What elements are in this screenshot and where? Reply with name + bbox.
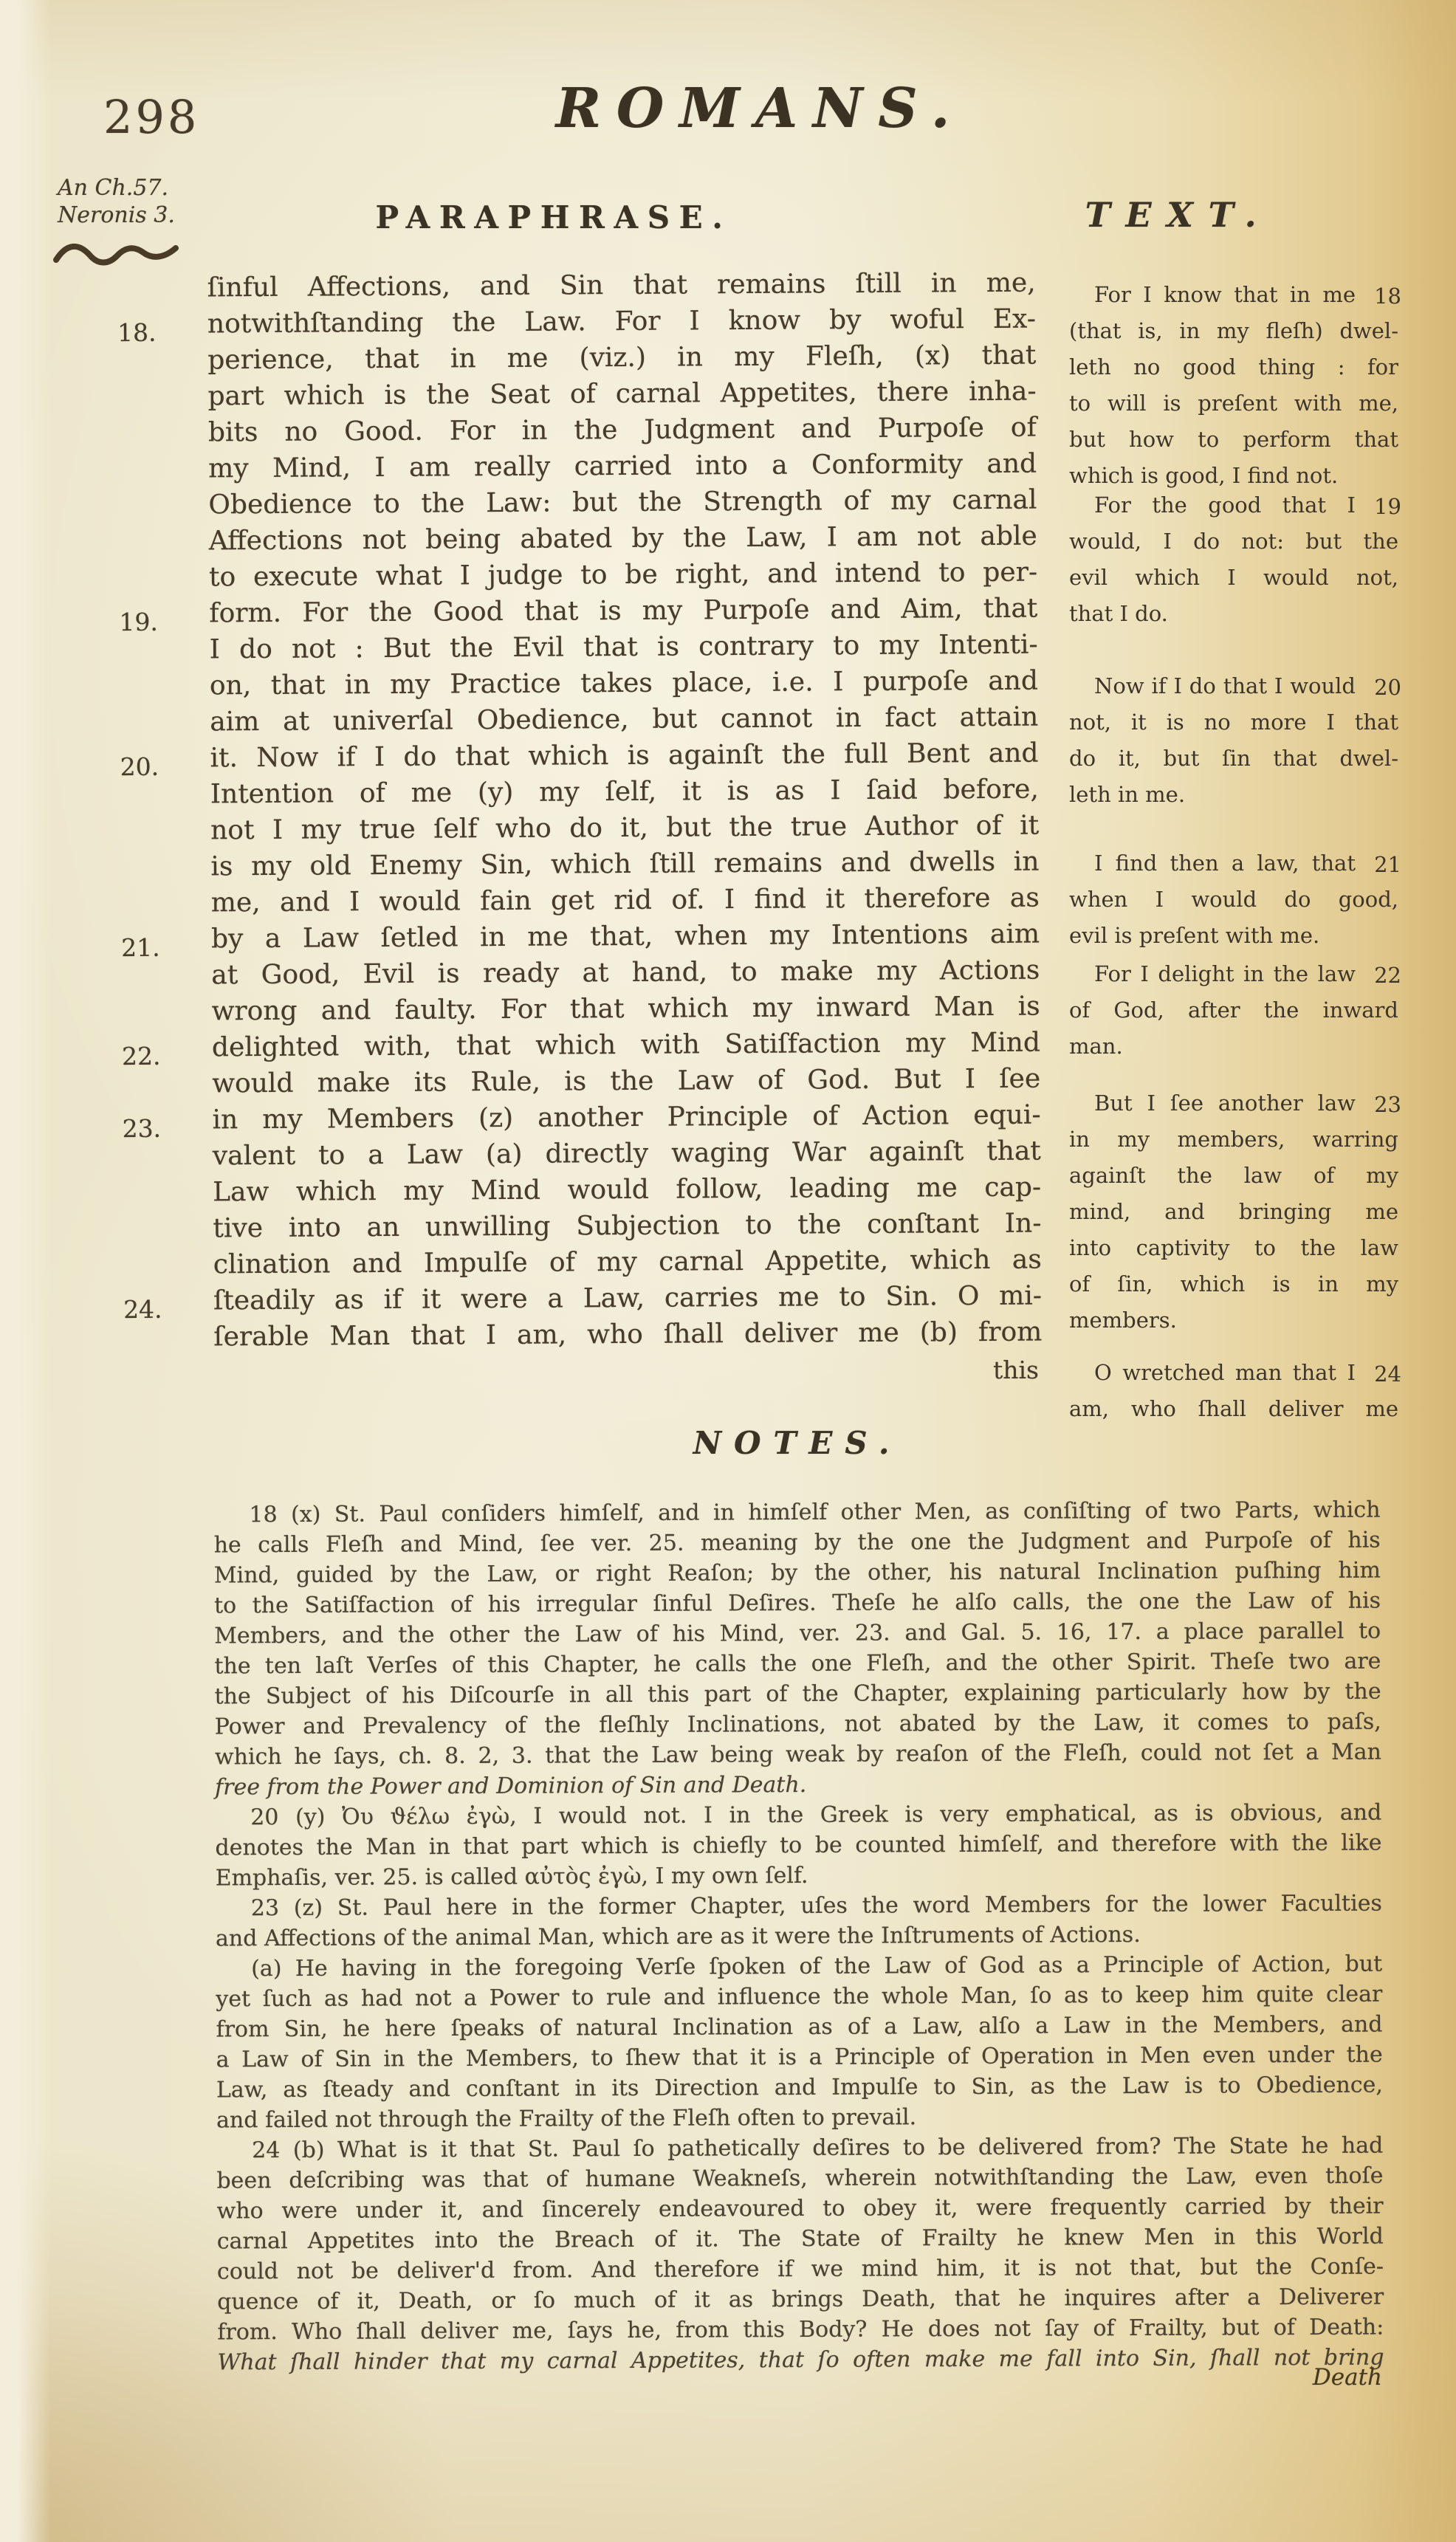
note-line: Emphaſis, ver. 25. is called αὐτὸς ἐγὼ, … — [216, 1858, 1382, 1894]
verse-number: 19 — [1374, 489, 1401, 525]
verse-number: 21 — [1374, 847, 1401, 883]
note-line: he calls Fleſh and Mind, ſee ver. 25. me… — [214, 1525, 1381, 1561]
note-line: free from the Power and Dominion of Sin … — [215, 1768, 1381, 1803]
verse-number: 18 — [1374, 278, 1401, 315]
scripture-line: (that is, in my fleſh) dwel- — [1069, 313, 1398, 349]
paraphrase-line: Intention of me (y) my ſelf, it is as I … — [210, 772, 1039, 813]
scripture-line: members. — [1069, 1302, 1398, 1339]
scripture-line: leth no good thing : for — [1069, 349, 1398, 385]
note-line: been deſcribing was that of humane Weakn… — [216, 2161, 1383, 2196]
scripture-line: would, I do not: but the — [1069, 523, 1398, 560]
paraphrase-line: by a Law ſetled in me that, when my Inte… — [211, 916, 1040, 958]
scripture-line: O wretched man that I24 — [1069, 1355, 1398, 1391]
scripture-paragraph: I find then a law, that21when I would do… — [1069, 845, 1398, 954]
paraphrase-line: form. For the Good that is my Purpoſe an… — [209, 591, 1037, 632]
note-line: could not be deliver'd from. And therefo… — [217, 2252, 1384, 2287]
paraphrase-heading: PARAPHRASE. — [210, 199, 897, 236]
note-line: Power and Prevalency of the fleſhly Incl… — [215, 1707, 1381, 1742]
notes-catchword: Death — [216, 2364, 1382, 2391]
paraphrase-line: perience, that in me (viz.) in my Fleſh,… — [207, 337, 1036, 379]
scripture-line: evil which I would not, — [1069, 560, 1398, 596]
flourish-icon — [52, 238, 181, 272]
verse-number: 22. — [122, 1038, 187, 1075]
notes-section: 18 (x) St. Paul conſiders himſelf, and i… — [213, 1495, 1384, 2378]
scripture-paragraph: Now if I do that I would20not, it is no … — [1069, 668, 1398, 813]
text-heading: TEXT. — [1034, 195, 1323, 235]
note-line: 20 (y) Ὀυ ϑέλω ἐγὼ, I would not. I in th… — [215, 1798, 1381, 1833]
paraphrase-line: bits no Good. For in the Judgment and Pu… — [208, 410, 1037, 451]
note-line: carnal Appetites into the Breach of it. … — [217, 2222, 1384, 2257]
note-line: yet ſuch as had not a Power to rule and … — [216, 1979, 1382, 2015]
paraphrase-line: wrong and faulty. For that which my inwa… — [212, 989, 1040, 1030]
notes-heading: NOTES. — [210, 1425, 1384, 1461]
scripture-line: againſt the law of my — [1069, 1158, 1398, 1194]
paraphrase-line: would make its Rule, is the Law of God. … — [212, 1061, 1040, 1102]
paraphrase-line: valent to a Law (a) directly waging War … — [213, 1133, 1041, 1175]
paraphrase-line: aim at univerſal Obedience, but cannot i… — [210, 699, 1038, 741]
paraphrase-line: part which is the Seat of carnal Appetit… — [207, 374, 1036, 415]
scripture-line: do it, but ſin that dwel- — [1069, 741, 1398, 777]
paraphrase-line: to execute what I judge to be right, and… — [209, 554, 1037, 596]
margin-note-line-1: An Ch.57. — [58, 174, 213, 202]
paraphrase-line: Obedience to the Law: but the Strength o… — [208, 482, 1037, 523]
paraphrase-line: Law which my Mind would follow, leading … — [213, 1169, 1041, 1211]
scripture-line: but how to perform that — [1069, 422, 1398, 458]
verse-number: 24 — [1374, 1356, 1401, 1392]
scripture-line: man. — [1069, 1028, 1398, 1065]
paraphrase-line: on, that in my Practice takes place, i.e… — [210, 663, 1038, 704]
scripture-line: of God, after the inward — [1069, 992, 1398, 1028]
note-line: to the Satiſfaction of his irregular ſin… — [214, 1586, 1381, 1621]
scripture-line: But I ſee another law23 — [1069, 1085, 1398, 1121]
verse-number: 23. — [122, 1110, 187, 1147]
note-line: Members, and the other the Law of his Mi… — [214, 1616, 1381, 1652]
scripture-paragraph: For the good that I19would, I do not: bu… — [1069, 487, 1398, 632]
scripture-line: into captivity to the law — [1069, 1230, 1398, 1266]
paraphrase-catchword: this — [210, 1356, 1039, 1384]
paraphrase-line: in my Members (z) another Principle of A… — [212, 1097, 1040, 1138]
note-line: the Subject of his Diſcourſe in all this… — [214, 1677, 1381, 1712]
paraphrase-line: not I my true ſelf who do it, but the tr… — [210, 808, 1039, 849]
note-line: Mind, guided by the Law, or right Reaſon… — [214, 1556, 1381, 1591]
scripture-line: For I delight in the law22 — [1069, 956, 1398, 992]
scripture-line: of ſin, which is in my — [1069, 1266, 1398, 1302]
note-line: which he ſays, ch. 8. 2, 3. that the Law… — [215, 1737, 1381, 1773]
paraphrase-line: me, and I would fain get rid of. I find … — [211, 880, 1040, 921]
scripture-line: in my members, warring — [1069, 1121, 1398, 1158]
paraphrase-line: tive into an unwilling Subjection to the… — [213, 1206, 1041, 1247]
note-line: who were under it, and ſincerely endeavo… — [217, 2191, 1384, 2227]
verse-number: 18. — [117, 315, 182, 351]
running-title: ROMANS. — [413, 77, 1108, 140]
paraphrase-line: ſerable Man that I am, who ſhall deliver… — [213, 1314, 1042, 1356]
page-number: 298 — [103, 90, 199, 144]
scripture-line: Now if I do that I would20 — [1069, 668, 1398, 704]
verse-number: 20. — [120, 749, 185, 786]
scripture-line: evil is preſent with me. — [1069, 918, 1398, 954]
scripture-line: For I know that in me18 — [1069, 277, 1398, 313]
scripture-line: not, it is no more I that — [1069, 704, 1398, 741]
paraphrase-line: delighted with, that which with Satiſfac… — [212, 1025, 1040, 1066]
verse-number: 20 — [1374, 670, 1401, 706]
paraphrase-line: ſinful Affections, and Sin that remains … — [207, 265, 1036, 306]
scripture-line: that I do. — [1069, 596, 1398, 632]
paraphrase-line: my Mind, I am really carried into a Conf… — [208, 446, 1037, 487]
note-line: and failed not through the Frailty of th… — [216, 2100, 1383, 2136]
scripture-line: am, who ſhall deliver me — [1069, 1391, 1398, 1427]
scripture-line: when I would do good, — [1069, 882, 1398, 918]
paraphrase-line: Affections not being abated by the Law, … — [209, 518, 1037, 560]
verse-number: 19. — [119, 604, 184, 641]
note-line: the ten laſt Verſes of this Chapter, he … — [214, 1646, 1381, 1682]
margin-date-note: An Ch.57. Neronis 3. — [58, 174, 213, 229]
note-line: 23 (z) St. Paul here in the former Chapt… — [216, 1889, 1382, 1924]
note-line: from. Who ſhall deliver me, ſays he, fro… — [217, 2312, 1384, 2348]
scripture-paragraph: But I ſee another law23in my members, wa… — [1069, 1085, 1398, 1339]
note-line: quence of it, Death, or ſo much of it as… — [217, 2282, 1384, 2318]
scripture-line: mind, and bringing me — [1069, 1194, 1398, 1230]
verse-number: 24. — [123, 1291, 188, 1328]
paraphrase-line: is my old Enemy Sin, which ſtill remains… — [210, 844, 1039, 885]
note-line: a Law of Sin in the Members, to ſhew tha… — [216, 2040, 1383, 2075]
margin-note-line-2: Neronis 3. — [58, 202, 213, 229]
paraphrase-line: I do not : But the Evil that is contrary… — [210, 627, 1038, 668]
book-page: 298 ROMANS. An Ch.57. Neronis 3. PARAPHR… — [0, 0, 1456, 2542]
note-line: (a) He having in the foregoing Verſe ſpo… — [216, 1949, 1382, 1985]
scripture-paragraph: For I know that in me18(that is, in my f… — [1069, 277, 1398, 494]
note-line: 18 (x) St. Paul conſiders himſelf, and i… — [213, 1495, 1380, 1531]
scripture-line: For the good that I19 — [1069, 487, 1398, 523]
paraphrase-line: it. Now if I do that which is againſt th… — [210, 735, 1038, 777]
scripture-paragraph: For I delight in the law22of God, after … — [1069, 956, 1398, 1065]
scripture-paragraph: O wretched man that I24am, who ſhall del… — [1069, 1355, 1398, 1427]
note-line: from Sin, he here ſpeaks of natural Incl… — [216, 2010, 1382, 2045]
note-line: 24 (b) What is it that St. Paul ſo pathe… — [216, 2131, 1383, 2166]
note-line: and Affections of the animal Man, which … — [216, 1919, 1382, 1954]
verse-number: 23 — [1374, 1087, 1401, 1123]
paraphrase-column: ſinful Affections, and Sin that remains … — [207, 265, 1043, 1356]
note-line: denotes the Man in that part which is ch… — [215, 1828, 1381, 1863]
paraphrase-line: ſteadily as if it were a Law, carries me… — [213, 1278, 1042, 1319]
verse-number: 22 — [1374, 958, 1401, 994]
scripture-line: I find then a law, that21 — [1069, 845, 1398, 882]
scripture-line: to will is preſent with me, — [1069, 385, 1398, 422]
paraphrase-line: at Good, Evil is ready at hand, to make … — [211, 952, 1040, 994]
verse-number: 21. — [121, 930, 186, 966]
paraphrase-line: notwithſtanding the Law. For I know by w… — [207, 301, 1036, 343]
note-line: Law, as ſteady and conſtant in its Direc… — [216, 2070, 1383, 2106]
scripture-line: leth in me. — [1069, 777, 1398, 813]
paraphrase-line: clination and Impulſe of my carnal Appet… — [213, 1242, 1042, 1283]
